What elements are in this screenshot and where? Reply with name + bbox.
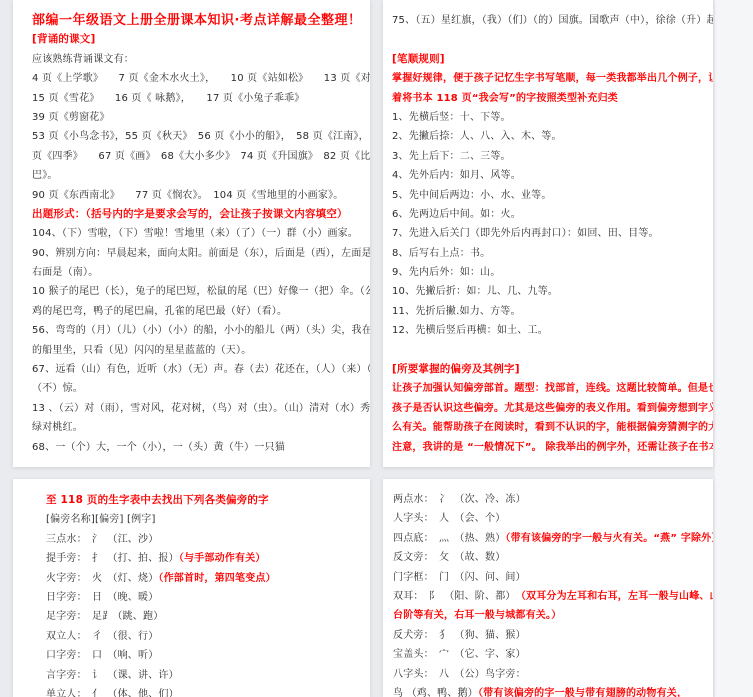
text-line: 右面是（南）。 (32, 263, 354, 282)
text-line: 4 页《上学歌》 7 页《金木水火土》， 10 页《站如松》 13 页《对韵歌》… (32, 69, 354, 88)
highlight-text-run: 台阶等有关，右耳一般与城都有关。） (393, 610, 561, 621)
text-line: 9、先内后外：如：山。 (392, 263, 705, 282)
text-line: 三点水： 氵 （江、沙） (46, 530, 354, 549)
highlight-text-run: （作部首时，第四笔变点） (158, 573, 275, 584)
section-heading: 出题形式：（括号内的字是要求会写的，会让孩子按课文内容填空） (32, 208, 348, 220)
text-line: 人字头： 人 （会、个） (393, 509, 705, 528)
highlight-text-run: （带有该偏旁的字一般与火有关。“燕” 字除外） (505, 533, 713, 544)
text-run: 67、远看（山）有色，近听（水）（无）声。春（去）花还在，（人）（来）（鸟） (32, 364, 370, 375)
text-line: 75、（五）星红旗，（我）（们）（的）国旗。国歌声（中），徐徐（升）起 (392, 11, 705, 30)
text-line: 日字旁： 日 （晚、暖） (46, 588, 354, 607)
section-heading: [所要掌握的偏旁及其例字] (392, 363, 520, 375)
highlight-text-run: （与手部动作有关） (179, 553, 266, 564)
highlight-text-run: 让孩子加强认知偏旁部首。题型：找部首，连线。这题比较简单。但是也要检查 (392, 383, 713, 394)
text-line: 12、先横后竖后再横：如土、工。 (392, 321, 705, 340)
text-run: 4 页《上学歌》 7 页《金木水火土》， 10 页《站如松》 13 页《对韵歌》… (32, 73, 370, 84)
text-run: 提手旁： 扌 （打、拍、报） (46, 553, 179, 564)
text-line: [所要掌握的偏旁及其例字] (392, 360, 705, 379)
text-line: 双耳： 阝 （阳、阶、都） （双耳分为左耳和右耳，左耳一般与山峰、山岭、 (393, 587, 705, 606)
text-line: 4、先外后内：如月、风等。 (392, 166, 705, 185)
text-line: 么有关。能帮助孩子在阅读时，看到不认识的字，能根据偏旁猜测字的大概意思。 (392, 418, 705, 437)
text-line: 孩子是否认识这些偏旁。尤其是这些偏旁的表义作用。看到偏旁想到字义，与什 (392, 399, 705, 418)
text-run: 1、先横后竖：十、下等。 (392, 112, 511, 123)
text-run: 15 页《雪花》 16 页《 咏鹅》， 17 页《小兔子乖乖》 (32, 93, 305, 104)
text-line: 67、远看（山）有色，近听（水）（无）声。春（去）花还在，（人）（来）（鸟） (32, 360, 354, 379)
text-line: 双立人： 彳 （很、行） (46, 627, 354, 646)
text-run: 三点水： 氵 （江、沙） (46, 534, 158, 545)
highlight-text-run: 么有关。能帮助孩子在阅读时，看到不认识的字，能根据偏旁猜测字的大概意思。 (392, 422, 713, 433)
section-heading: [背诵的课文] (32, 33, 96, 45)
page-bottom-left: 至 118 页的生字表中去找出下列各类偏旁的字[偏旁名称][偏旁] [例字]三点… (13, 479, 370, 697)
text-run: 应该熟练背诵课文有： (32, 54, 134, 65)
text-line: 着将书本 118 页“我会写”的字按照类型补充归类 (392, 89, 705, 108)
highlight-text-run: （双耳分为左耳和右耳，左耳一般与山峰、山岭、 (521, 591, 713, 602)
text-run: 口字旁： 口 （响、听） (46, 650, 158, 661)
text-run: 12、先横后竖后再横：如土、工。 (392, 325, 548, 336)
text-line: 门字框： 门 （闪、问、间） (393, 568, 705, 587)
text-run: 日字旁： 日 （晚、暖） (46, 592, 158, 603)
text-run: 宝盖头： 宀 （它、字、家） (393, 649, 526, 660)
text-run: 104、（下）雪啦，（下）雪啦！雪地里（来）（了）（一）群（小）画家。 (32, 228, 358, 239)
text-run: 右面是（南）。 (32, 267, 98, 278)
text-run: 7、先进入后关门（即先外后内再封口）：如回、田、目等。 (392, 228, 659, 239)
text-run: 足字旁： 足⻊（跳、跑） (46, 611, 163, 622)
text-run: 门字框： 门 （闪、问、间） (393, 572, 526, 583)
text-line: 68、一（个）大，一个（小），一（头）黄（牛）一只猫 (32, 438, 354, 457)
text-line: 反文旁： 攵 （故、数） (393, 548, 705, 567)
text-run: 13 、（云）对（雨），雪对风，花对树，（鸟）对（虫）。（山）清对（水）秀，柳 (32, 403, 370, 414)
text-line: 出题形式：（括号内的字是要求会写的，会让孩子按课文内容填空） (32, 205, 354, 224)
text-line: 15 页《雪花》 16 页《 咏鹅》， 17 页《小兔子乖乖》 (32, 89, 354, 108)
text-run: 人字头： 人 （会、个） (393, 513, 505, 524)
text-line: 10、先撇后折：如：儿、几、九等。 (392, 282, 705, 301)
text-line: 部编一年级语文上册全册课本知识·考点详解最全整理！ (32, 11, 354, 30)
text-run: 3、先上后下：二、三等。 (392, 151, 511, 162)
text-line: 90 页《东西南北》 77 页《悯农》。 104 页《雪地里的小画家》。 (32, 186, 354, 205)
text-line: 言字旁： 讠 （课、讲、许） (46, 666, 354, 685)
text-run: 页《四季》 67 页《画》 68《大小多少》 74 页《升国旗》 82 页《比尾 (32, 151, 370, 162)
text-run: 8、后写右上点：书。 (392, 248, 490, 259)
text-line: 页《四季》 67 页《画》 68《大小多少》 74 页《升国旗》 82 页《比尾 (32, 147, 354, 166)
text-run: 反犬旁： 犭 （狗、猫、猴） (393, 630, 526, 641)
text-line: 四点底： 灬 （热、熟）（带有该偏旁的字一般与火有关。“燕” 字除外） (393, 529, 705, 548)
text-line: 鸡的尾巴弯，鸭子的尾巴扁，孔雀的尾巴最（好）（看）。 (32, 302, 354, 321)
text-line: 2、先撇后捺：人、八、入、木、等。 (392, 127, 705, 146)
text-line: 掌握好规律，便于孩子记忆生字书写笔顺，每一类我都举出几个例子，让孩子接 (392, 69, 705, 88)
text-line: （不）惊。 (32, 379, 354, 398)
text-run: 八字头： 八 （公）鸟字旁： (393, 669, 526, 680)
text-line: 的船里坐，只看（见）闪闪的星星蓝蓝的（天）。 (32, 341, 354, 360)
text-line (392, 341, 705, 360)
text-line: 注意，我讲的是 “一般情况下”。 除我举出的例字外，还需让孩子在书本 115 (392, 438, 705, 457)
highlight-text-run: 孩子是否认识这些偏旁。尤其是这些偏旁的表义作用。看到偏旁想到字义，与什 (392, 403, 713, 414)
text-line: 至 118 页的生字表中去找出下列各类偏旁的字 (46, 491, 354, 510)
text-line: [笔顺规则] (392, 50, 705, 69)
text-run: 单立人： 亻 （体、他、们） (46, 689, 179, 697)
text-run: 反文旁： 攵 （故、数） (393, 552, 505, 563)
text-run: 鸡的尾巴弯，鸭子的尾巴扁，孔雀的尾巴最（好）（看）。 (32, 306, 287, 317)
text-run: 鸟 （鸡、鸭、鹅） (393, 688, 478, 697)
text-run: 53 页《小鸟念书》，55 页《秋天》 56 页《小小的船》， 58 页《江南》… (32, 131, 370, 142)
highlight-text-run: 注意，我讲的是 “一般情况下”。 除我举出的例字外，还需让孩子在书本 115 (392, 442, 713, 453)
text-run: 90、辨别方向：早晨起来，面向太阳。前面是（东），后面是（西），左面是（北）， (32, 248, 370, 259)
text-run: 四点底： 灬 （热、熟） (393, 533, 505, 544)
text-line: 两点水： 冫 （次、冷、冻） (393, 490, 705, 509)
text-run: 6、先两边后中间。如：火。 (392, 209, 521, 220)
text-line: 口字旁： 口 （响、听） (46, 646, 354, 665)
text-line: 56、弯弯的（月）（儿）（小）（小）的船，小小的船儿（两）（头）尖，我在小小 (32, 321, 354, 340)
text-run: 绿对桃红。 (32, 422, 83, 433)
text-line: 应该熟练背诵课文有： (32, 50, 354, 69)
text-line: 反犬旁： 犭 （狗、猫、猴） (393, 626, 705, 645)
text-run: 75、（五）星红旗，（我）（们）（的）国旗。国歌声（中），徐徐（升）起 (392, 15, 713, 26)
text-run: 10 猴子的尾巴（长），兔子的尾巴短，松鼠的尾（巴）好像一（把）伞。（公） (32, 286, 370, 297)
document-canvas: 部编一年级语文上册全册课本知识·考点详解最全整理！[背诵的课文]应该熟练背诵课文… (0, 0, 753, 697)
text-line: 5、先中间后两边：小、水、业等。 (392, 186, 705, 205)
text-line: 巴》。 (32, 166, 354, 185)
text-line: 火字旁： 火 （灯、烧）（作部首时，第四笔变点） (46, 569, 354, 588)
text-line: 绿对桃红。 (32, 418, 354, 437)
text-line: 让孩子加强认知偏旁部首。题型：找部首，连线。这题比较简单。但是也要检查 (392, 379, 705, 398)
text-line: 13 、（云）对（雨），雪对风，花对树，（鸟）对（虫）。（山）清对（水）秀，柳 (32, 399, 354, 418)
text-line: 鸟 （鸡、鸭、鹅）（带有该偏旁的字一般与带有翅膀的动物有关， (393, 684, 705, 697)
text-line: 1、先横后竖：十、下等。 (392, 108, 705, 127)
text-line: 八字头： 八 （公）鸟字旁： (393, 665, 705, 684)
text-run: 10、先撇后折：如：儿、几、九等。 (392, 286, 558, 297)
text-line: 39 页《剪窗花》 (32, 108, 354, 127)
text-line: 足字旁： 足⻊（跳、跑） (46, 607, 354, 626)
text-line: 7、先进入后关门（即先外后内再封口）：如回、田、目等。 (392, 224, 705, 243)
text-line: 53 页《小鸟念书》，55 页《秋天》 56 页《小小的船》， 58 页《江南》… (32, 127, 354, 146)
text-run: 的船里坐，只看（见）闪闪的星星蓝蓝的（天）。 (32, 345, 251, 356)
text-line: 8、后写右上点：书。 (392, 244, 705, 263)
document-title: 部编一年级语文上册全册课本知识·考点详解最全整理！ (32, 13, 361, 28)
text-line: 3、先上后下：二、三等。 (392, 147, 705, 166)
text-run: 39 页《剪窗花》 (32, 112, 110, 123)
text-run: 巴》。 (32, 170, 58, 181)
page-bottom-right: 两点水： 冫 （次、冷、冻）人字头： 人 （会、个）四点底： 灬 （热、熟）（带… (383, 479, 713, 697)
text-run: 火字旁： 火 （灯、烧） (46, 573, 158, 584)
section-heading: [笔顺规则] (392, 53, 445, 65)
text-run: 11、先折后撇.如力、方等。 (392, 306, 521, 317)
text-line: 104、（下）雪啦，（下）雪啦！雪地里（来）（了）（一）群（小）画家。 (32, 224, 354, 243)
text-run: 9、先内后外：如：山。 (392, 267, 501, 278)
text-line: 6、先两边后中间。如：火。 (392, 205, 705, 224)
text-run: 56、弯弯的（月）（儿）（小）（小）的船，小小的船儿（两）（头）尖，我在小小 (32, 325, 370, 336)
page-top-right: 75、（五）星红旗，（我）（们）（的）国旗。国歌声（中），徐徐（升）起 [笔顺规… (383, 0, 713, 467)
section-heading: 至 118 页的生字表中去找出下列各类偏旁的字 (46, 494, 269, 506)
text-run: [偏旁名称][偏旁] [例字] (46, 514, 156, 525)
text-line: 90、辨别方向：早晨起来，面向太阳。前面是（东），后面是（西），左面是（北）， (32, 244, 354, 263)
text-run: 言字旁： 讠 （课、讲、许） (46, 670, 179, 681)
text-line: 台阶等有关，右耳一般与城都有关。） (393, 606, 705, 625)
text-run: 68、一（个）大，一个（小），一（头）黄（牛）一只猫 (32, 442, 285, 453)
text-run: 双耳： 阝 （阳、阶、都） (393, 591, 521, 602)
page-top-left: 部编一年级语文上册全册课本知识·考点详解最全整理！[背诵的课文]应该熟练背诵课文… (13, 0, 370, 467)
highlight-text-run: 掌握好规律，便于孩子记忆生字书写笔顺，每一类我都举出几个例子，让孩子接 (392, 73, 713, 84)
highlight-text-run: 着将书本 118 页“我会写”的字按照类型补充归类 (392, 93, 618, 104)
text-run: （不）惊。 (32, 383, 83, 394)
text-run: 双立人： 彳 （很、行） (46, 631, 158, 642)
highlight-text-run: （带有该偏旁的字一般与带有翅膀的动物有关， (478, 688, 687, 697)
text-line (392, 30, 705, 49)
text-line: 提手旁： 扌 （打、拍、报）（与手部动作有关） (46, 549, 354, 568)
text-line: [背诵的课文] (32, 30, 354, 49)
text-line: 10 猴子的尾巴（长），兔子的尾巴短，松鼠的尾（巴）好像一（把）伞。（公） (32, 282, 354, 301)
text-line: [偏旁名称][偏旁] [例字] (46, 510, 354, 529)
text-run: 2、先撇后捺：人、八、入、木、等。 (392, 131, 562, 142)
text-line: 单立人： 亻 （体、他、们） (46, 685, 354, 697)
text-run: 4、先外后内：如月、风等。 (392, 170, 521, 181)
text-line: 宝盖头： 宀 （它、字、家） (393, 645, 705, 664)
text-line: 11、先折后撇.如力、方等。 (392, 302, 705, 321)
text-run: 90 页《东西南北》 77 页《悯农》。 104 页《雪地里的小画家》。 (32, 190, 343, 201)
text-run: 两点水： 冫 （次、冷、冻） (393, 494, 526, 505)
text-run: 5、先中间后两边：小、水、业等。 (392, 190, 552, 201)
